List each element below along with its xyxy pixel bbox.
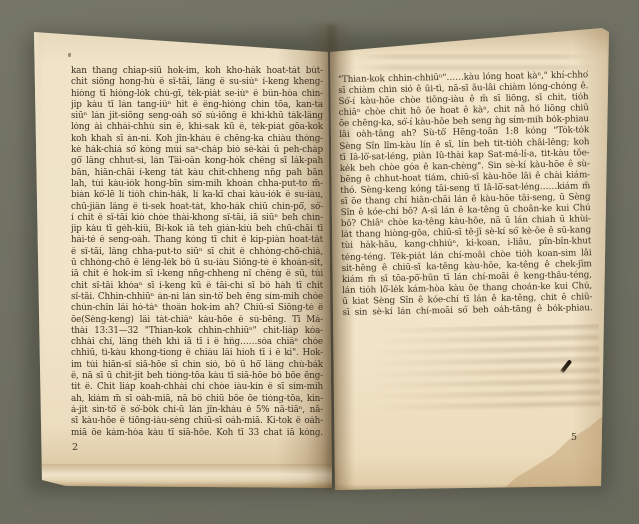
text-line: iā chit ê hok-im sī í-keng nn̄g-chheng n… [71, 269, 323, 280]
text-line: ê sî-tāi, lâng chha-put-to siūⁿ sī chit … [71, 247, 323, 258]
paper-speck [68, 53, 71, 57]
corner-stain [488, 404, 614, 494]
text-line: ōe(Sèng-keng) lâi ta̍t-chiâⁿ kàu-hōe ê s… [71, 315, 323, 326]
text-line: siūⁿ lán jit-siōng seng-oa̍h só͘ sú-iōng… [71, 111, 323, 122]
pen-mark [560, 359, 572, 373]
text-line: hái-té ê seng-oa̍h. Thang kóng tī chit ê… [71, 235, 323, 246]
text-line: miā ōe kám-hòa kàu tī siā-hōe. Koh tī 33… [71, 428, 323, 439]
text-line: tit ê. Chit lia̍p koah-chhài chí chòe ià… [71, 382, 323, 393]
text-line: lóng ài chhái-chhú sin ê, khì-sak kū ê, … [71, 122, 323, 133]
text-line: hiòng tī hióng-lo̍k chú-gī, te̍k-pia̍t s… [71, 89, 323, 100]
text-line: chit sî-tāi khòaⁿ sī í-keng kū ê tāi-chì… [71, 281, 323, 292]
text-line: kan thang chiap-siū hok-im, koh kho-ha̍k… [71, 66, 323, 77]
right-page-text: "Thian-kok chhin-chhiūⁿ"……kàu lóng hoat … [338, 70, 593, 319]
text-line: ū chhòng-chō ê lêng-le̍k bô ū su-iàu Siō… [71, 258, 323, 269]
text-line: sî-tāi. Chhin-chhiūⁿ án-ni lán sìn-tô͘ b… [71, 292, 323, 303]
text-line: chhài chí, lâng the̍h khì iā tī i ê hn̂g… [71, 337, 323, 348]
text-line: gō͘ lâng chhut-sì, lán Tâi-oân kong-ho̍k… [71, 156, 323, 167]
text-line: chún-chîn lâi hó-táⁿ thoân hok-im ah? Ch… [71, 303, 323, 314]
text-line: kè ha̍k-chiá só͘ kóng múi saⁿ-cha̍p bió … [71, 145, 323, 156]
text-line: ah, kiám m̄ sī oa̍h-miā, nā bô chiū bōe … [71, 394, 323, 405]
text-line: ê, nā sī ū chit-jit beh tióng-tōa kàu tī… [71, 371, 323, 382]
left-page-text: kan thang chiap-siū hok-im, koh kho-ha̍k… [71, 66, 323, 439]
text-line: bān, hiān-chāi í-keng ta̍t kàu chit-chhe… [71, 168, 323, 179]
left-page-number: 2 [72, 442, 78, 453]
text-line: bián kó͘-lē lí tio̍h chìn-ha̍k, lí ka-kī… [71, 190, 323, 201]
text-line: sī kàu-hōe ê tiōng-iàu-sèng chiū-sī oa̍h… [71, 416, 323, 427]
book-photo: kan thang chiap-siū hok-im, koh kho-ha̍k… [0, 0, 639, 524]
text-line: thài 13:31—32 "Thian-kok chhin-chhiūⁿ" c… [71, 326, 323, 337]
text-line: jip kàu tī ge̍h-kiû, Bí-kok iā teh gián-… [71, 224, 323, 235]
text-line: chhiū, tì-kàu khong-tiong ê chiáu lâi hi… [71, 348, 323, 359]
text-line: lah, tùi kàu-io̍k hong-bīn sim-mih khoán… [71, 179, 323, 190]
text-line: á-jit sìn-tô͘ ê só͘-bo̍k chí-ū lán jîn-k… [71, 405, 323, 416]
show-through-text-bottom [371, 324, 601, 416]
left-page: kan thang chiap-siū hok-im, koh kho-ha̍k… [26, 22, 332, 492]
text-line: im tùi hiān-sî siā-hōe sī chin sió, bô ū… [71, 360, 323, 371]
text-line: jip kàu tī lán tang-iûⁿ hit ê êng-hióng … [71, 100, 323, 111]
right-page: "Thian-kok chhin-chhiūⁿ"……kàu lóng hoat … [330, 18, 612, 494]
right-page-number: 5 [571, 432, 577, 443]
text-line: chū-jiân lâng ê tì-sek hoat-ta̍t, kho-ha… [71, 202, 323, 213]
text-line: í chit ê sî-tāi kiò chòe thài-khong sî-t… [71, 213, 323, 224]
text-line: koh khah sī án-ni. Koh jîn-kháu ê chēng-… [71, 134, 323, 145]
text-line: chit siōng hong-hù ê sî-tāi, lâng ê su-s… [71, 77, 323, 88]
